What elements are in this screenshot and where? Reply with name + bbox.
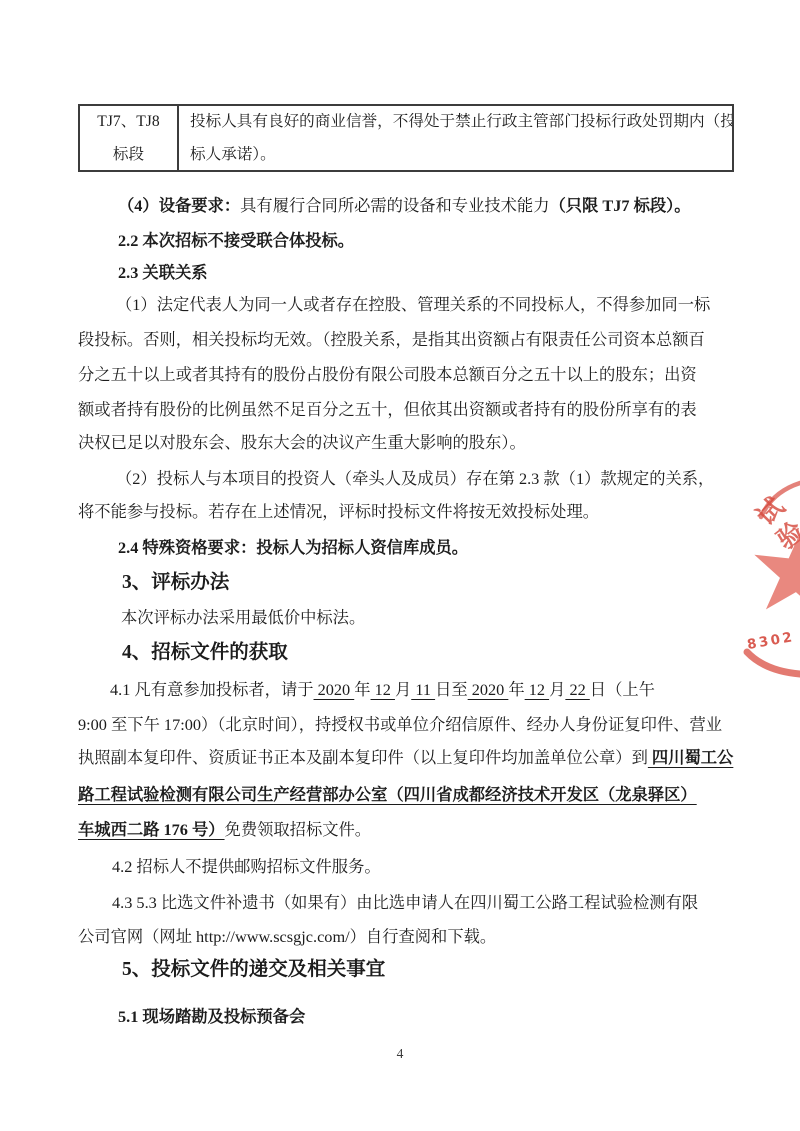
- morning-char: 日（上午: [590, 680, 655, 699]
- to-date-char: 日至: [435, 680, 468, 699]
- bid-section-table: TJ7、TJ8 标段 投标人具有良好的商业信誉，不得处于禁止行政主管部门投标行政…: [78, 104, 734, 172]
- scanned-tender-document-page: { "doc": { "table": { "col1_line1": "TJ7…: [0, 0, 800, 1131]
- clause-2-4: 2.4 特殊资格要求：投标人为招标人资信库成员。: [118, 531, 468, 565]
- legal-para-line-2: 段投标。否则，相关投标均无效。（控股关系，是指其出资额占有限责任公司资本总额百: [78, 323, 705, 357]
- seal-ring-arcs-icon: [740, 450, 800, 680]
- blank-month-start: 12: [371, 680, 395, 699]
- investor-para-line-1: （2）投标人与本项目的投资人（牵头人及成员）存在第 2.3 款（1）款规定的关系…: [116, 462, 714, 496]
- legal-para-line-1: （1）法定代表人为同一人或者存在控股、管理关系的不同投标人，不得参加同一标: [116, 288, 710, 322]
- page-number: 4: [0, 1046, 800, 1062]
- seal-star-icon: ★: [739, 509, 800, 637]
- clause-2-3-title: 2.3 关联关系: [118, 256, 208, 290]
- clause-4-3-line-1: 4.3 5.3 比选文件补遗书（如果有）由比选申请人在四川蜀工公路工程试验检测有…: [112, 886, 698, 920]
- clause-4-1-line-5: 车城西二路 176 号）免费领取招标文件。: [78, 813, 371, 847]
- heading-3-evaluation: 3、评标办法: [122, 568, 229, 598]
- heading-5-submission: 5、投标文件的递交及相关事宜: [122, 955, 385, 985]
- requirement-line-1: 投标人具有良好的商业信誉，不得处于禁止行政主管部门投标行政处罚期内（投: [190, 106, 732, 138]
- equipment-scope: （只限 TJ7 标段）。: [549, 196, 690, 215]
- clause-2-2: 2.2 本次招标不接受联合体投标。: [118, 224, 354, 258]
- year-char-2: 年: [508, 680, 524, 699]
- section-id-line-2: 标段: [113, 138, 144, 171]
- blank-year-start: 2020: [314, 680, 355, 699]
- section-id-line-1: TJ7、TJ8: [97, 105, 159, 138]
- clause-4-1-line-3: 执照副本复印件、资质证书正本及副本复印件（以上复印件均加盖单位公章）到 四川蜀工…: [78, 741, 733, 775]
- table-cell-section-id: TJ7、TJ8 标段: [80, 106, 179, 170]
- month-char: 月: [395, 680, 411, 699]
- clause-4-1-text: 4.1 凡有意参加投标者，请于: [110, 680, 314, 699]
- company-address-line: 路工程试验检测有限公司生产经营部办公室（四川省成都经济技术开发区（龙泉驿区）: [78, 778, 697, 812]
- clause-4-1-line-2: 9:00 至下午 17:00）（北京时间），持授权书或单位介绍信原件、经办人身份…: [78, 708, 722, 742]
- clause-4-1-line-3-text: 执照副本复印件、资质证书正本及副本复印件（以上复印件均加盖单位公章）到: [78, 748, 648, 767]
- legal-para-line-3: 分之五十以上或者其持有的股份占股份有限公司股本总额百分之五十以上的股东；出资: [78, 358, 697, 392]
- blank-month-end: 12: [525, 680, 549, 699]
- year-char: 年: [354, 680, 370, 699]
- evaluation-method-line: 本次评标办法采用最低价中标法。: [121, 601, 365, 635]
- seal-character-1: 试: [753, 494, 790, 531]
- blank-day-start: 11: [411, 680, 435, 699]
- clause-4-1-line-1: 4.1 凡有意参加投标者，请于 2020 年 12 月 11 日至 2020 年…: [110, 673, 655, 707]
- clause-4-3-line-2: 公司官网（网址 http://www.scsgjc.com/）自行查阅和下载。: [78, 920, 496, 954]
- seal-character-2: 验: [773, 518, 800, 555]
- heading-4-obtain-documents: 4、招标文件的获取: [122, 638, 288, 668]
- free-collection-text: 免费领取招标文件。: [225, 820, 372, 839]
- seal-serial-number: 8302: [746, 630, 795, 652]
- clause-5-1-title: 5.1 现场踏勘及投标预备会: [118, 1000, 305, 1034]
- blank-day-end: 22: [565, 680, 589, 699]
- legal-para-line-4: 额或者持有股份的比例虽然不足百分之五十，但依其出资额或者持有的股份所享有的表: [78, 393, 697, 427]
- equipment-text: 具有履行合同所必需的设备和专业技术能力: [240, 196, 549, 215]
- requirement-line-2: 标人承诺）。: [190, 138, 732, 170]
- investor-para-line-2: 将不能参与投标。若存在上述情况，评标时投标文件将按无效投标处理。: [78, 495, 599, 529]
- clause-4-2: 4.2 招标人不提供邮购招标文件服务。: [112, 850, 381, 884]
- table-cell-requirement: 投标人具有良好的商业信誉，不得处于禁止行政主管部门投标行政处罚期内（投 标人承诺…: [179, 106, 732, 170]
- equipment-requirement-line: （4）设备要求：具有履行合同所必需的设备和专业技术能力（只限 TJ7 标段）。: [118, 189, 691, 223]
- month-char-2: 月: [549, 680, 565, 699]
- equipment-label: （4）设备要求：: [118, 196, 240, 215]
- company-address-end: 车城西二路 176 号）: [78, 820, 225, 839]
- blank-year-end: 2020: [468, 680, 509, 699]
- legal-para-line-5: 决权已足以对股东会、股东大会的决议产生重大影响的股东）。: [78, 426, 526, 460]
- company-name-start: 四川蜀工公: [648, 748, 733, 767]
